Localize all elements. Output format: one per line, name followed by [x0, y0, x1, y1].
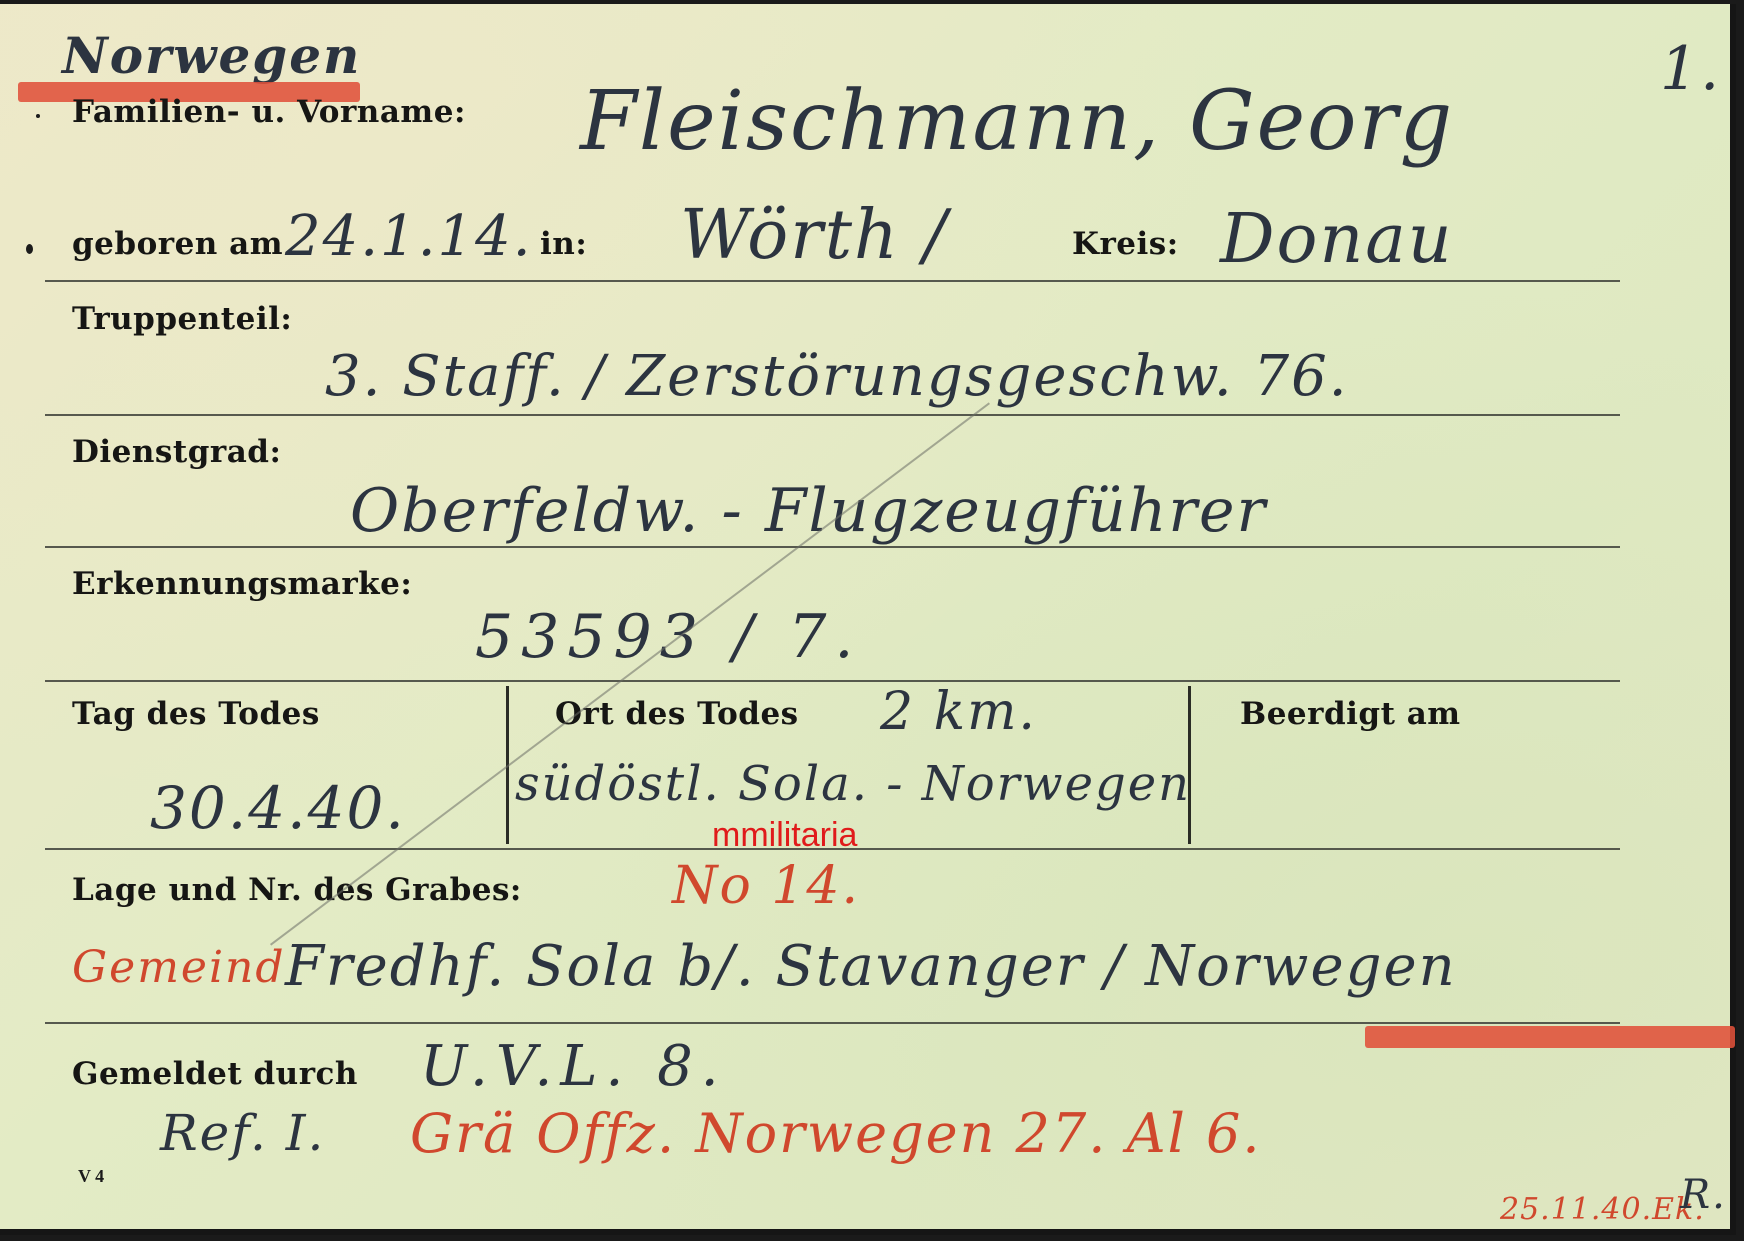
- rule-1: [45, 280, 1620, 282]
- value-unit: 3. Staff. / Zerstörungsgeschw. 76.: [325, 344, 1349, 409]
- label-id-tag: Erkennungsmarke:: [72, 566, 412, 602]
- rule-2: [45, 414, 1620, 416]
- rule-4: [45, 680, 1620, 682]
- value-birth-date: 24.1.14.: [285, 204, 533, 269]
- divider-col-2: [1188, 686, 1191, 844]
- value-id-tag: 53593 / 7.: [475, 602, 861, 672]
- value-death-date: 30.4.40.: [150, 774, 406, 842]
- value-birth-place: Wörth /: [680, 196, 948, 275]
- value-rank: Oberfeldw. - Flugzeugführer: [350, 476, 1267, 546]
- annotation-reported-by-red: Grä Offz. Norwegen 27. Al 6.: [410, 1102, 1262, 1165]
- bullet-dot: [26, 244, 33, 254]
- value-grave-location: Fredhf. Sola b/. Stavanger / Norwegen: [285, 934, 1457, 999]
- grave-registration-card: Norwegen 1. Familien- u. Vorname: Fleisc…: [0, 4, 1736, 1235]
- value-death-place-line1: 2 km.: [880, 682, 1037, 742]
- value-reported-by-line2: Ref. I.: [160, 1104, 325, 1162]
- value-death-place-line2: südöstl. Sola. - Norwegen: [515, 756, 1191, 812]
- bullet-dot: [36, 114, 40, 118]
- label-district: Kreis:: [1072, 226, 1179, 262]
- form-code: V 4: [78, 1166, 104, 1187]
- label-in: in:: [540, 226, 587, 262]
- red-underline-location: [1365, 1026, 1735, 1048]
- label-burial-date: Beerdigt am: [1240, 696, 1461, 732]
- label-reported-by: Gemeldet durch: [72, 1056, 358, 1092]
- rule-6: [45, 1022, 1620, 1024]
- value-name: Fleischmann, Georg: [580, 74, 1454, 169]
- header-country: Norwegen: [62, 26, 361, 85]
- rule-3: [45, 546, 1620, 548]
- card-number: 1.: [1660, 34, 1721, 104]
- label-death-date: Tag des Todes: [72, 696, 320, 732]
- label-name: Familien- u. Vorname:: [72, 94, 466, 130]
- label-unit: Truppenteil:: [72, 301, 292, 337]
- label-grave: Lage und Nr. des Grabes:: [72, 872, 522, 908]
- watermark: mmilitaria: [712, 816, 857, 855]
- footer-stamp: 25.11.40.Ek.: [1500, 1192, 1705, 1227]
- label-born: geboren am: [72, 226, 283, 262]
- footer-initial: R.: [1680, 1172, 1727, 1218]
- value-district: Donau: [1220, 200, 1454, 279]
- label-rank: Dienstgrad:: [72, 434, 281, 470]
- value-reported-by-line1: U.V.L. 8.: [420, 1034, 727, 1099]
- annotation-grave-red: Gemeind: [72, 942, 286, 993]
- value-grave-number: No 14.: [672, 856, 860, 916]
